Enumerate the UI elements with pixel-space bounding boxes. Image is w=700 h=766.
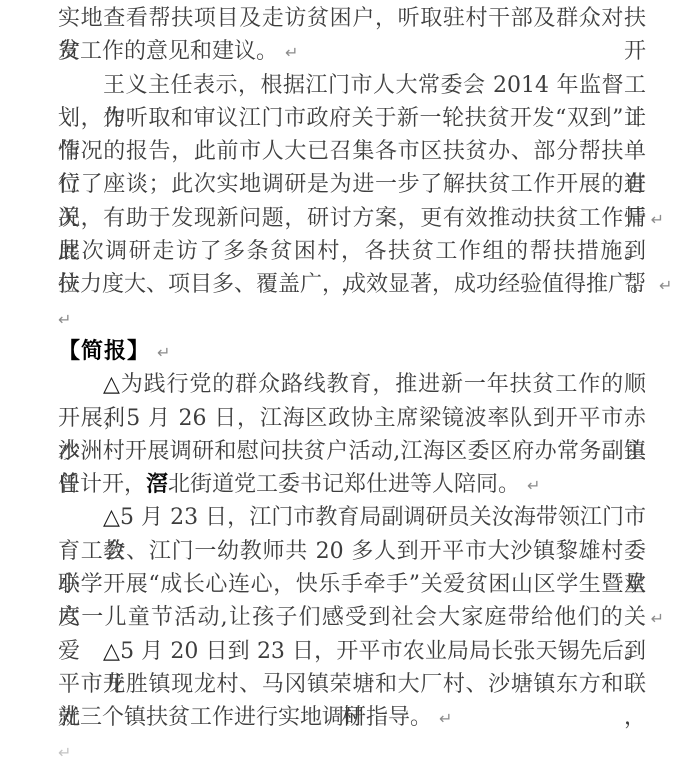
text-run: 就三个镇扶贫工作进行实地调研指导。 <box>58 705 432 730</box>
text-line: 育工会、江门一幼教师共 20 多人到开平市大沙镇黎雄村委联星 <box>58 535 646 568</box>
paragraph-mark-icon: ↵ <box>651 602 664 635</box>
paragraph-mark-icon: ↵ <box>439 709 452 728</box>
text-line: 扶力度大、项目多、覆盖广，成效显著，成功经验值得推广。↵ <box>58 268 646 301</box>
text-line: △为践行党的群众路线教育，推进新一年扶贫工作的顺利 <box>58 368 646 401</box>
paragraph-mark-icon: ↵ <box>651 203 664 236</box>
text-line: 小学开展“成长心连心，快乐手牵手”关爱贫困山区学生暨欢度 <box>58 568 646 601</box>
document-page: 实地查看帮扶项目及走访贫困户，听取驻村干部及群众对扶贫开发工作的意见和建议。↵王… <box>0 0 700 766</box>
text-line: 曾计开，滘北街道党工委书记郑仕进等人陪同。↵ <box>58 468 646 501</box>
text-line: 六一儿童节活动,让孩子们感受到社会大家庭带给他们的关爱。↵ <box>58 601 646 634</box>
paragraph-mark-icon: ↵ <box>157 343 170 362</box>
text-line: ↵ <box>58 735 646 766</box>
text-line: △5 月 20 日到 23 日，开平市农业局局长张天锡先后到开 <box>58 635 646 668</box>
text-run: 北街道党工委书记郑仕进等人陪同。 <box>168 472 520 497</box>
delta-bullet-icon: △ <box>103 371 121 397</box>
paragraph-mark-icon: ↵ <box>659 276 672 295</box>
text-line: 发工作的意见和建议。↵ <box>58 35 646 68</box>
text-line: 开展，5 月 26 日，江海区政协主席梁镜波率队到开平市赤水镇 <box>58 402 646 435</box>
paragraph-mark-icon: ↵ <box>285 43 298 62</box>
delta-bullet-icon: △ <box>103 504 120 530</box>
text-run: 发工作的意见和建议。 <box>58 39 278 64</box>
text-line: △5 月 23 日，江门市教育局副调研员关汝海带领江门市教 <box>58 501 646 534</box>
text-run: 滘 <box>146 471 168 497</box>
section-heading: 【简报】↵ <box>58 335 646 368</box>
text-run: 扶力度大、项目多、覆盖广，成效显著，成功经验值得推广。 <box>58 272 652 297</box>
text-line: 平市龙胜镇现龙村、马冈镇荣塘和大厂村、沙塘镇东方和联光村， <box>58 668 646 701</box>
text-line: 实地查看帮扶项目及走访贫困户，听取驻村干部及群众对扶贫开 <box>58 2 646 35</box>
text-line: 沙洲村开展调研和慰问扶贫户活动,江海区委区府办常务副主任 <box>58 435 646 468</box>
text-line: 划，为听取和审议江门市政府关于新一轮扶贫开发“双到”工作 <box>58 102 646 135</box>
text-line: 情况的报告，此前市人大已召集各市区扶贫办、部分帮扶单位进 <box>58 135 646 168</box>
text-line: 况，有助于发现新问题，研讨方案，更有效推动扶贫工作开展。↵ <box>58 202 646 235</box>
text-line: 行了座谈；此次实地调研是为进一步了解扶贫工作开展的有关情 <box>58 168 646 201</box>
paragraph-mark-icon: ↵ <box>527 476 540 495</box>
paragraph-mark-icon: ↵ <box>58 743 71 762</box>
text-line: 王义主任表示，根据江门市人大常委会 2014 年监督工作计 <box>58 69 646 102</box>
delta-bullet-icon: △ <box>103 638 120 664</box>
text-run: 曾计开， <box>58 472 146 497</box>
text-line: 就三个镇扶贫工作进行实地调研指导。↵ <box>58 701 646 734</box>
text-line: ↵ <box>58 302 646 335</box>
paragraph-mark-icon: ↵ <box>58 310 71 329</box>
text-run: 【简报】 <box>58 338 150 364</box>
text-line: 此次调研走访了多条贫困村，各扶贫工作组的帮扶措施到位，帮 <box>58 235 646 268</box>
